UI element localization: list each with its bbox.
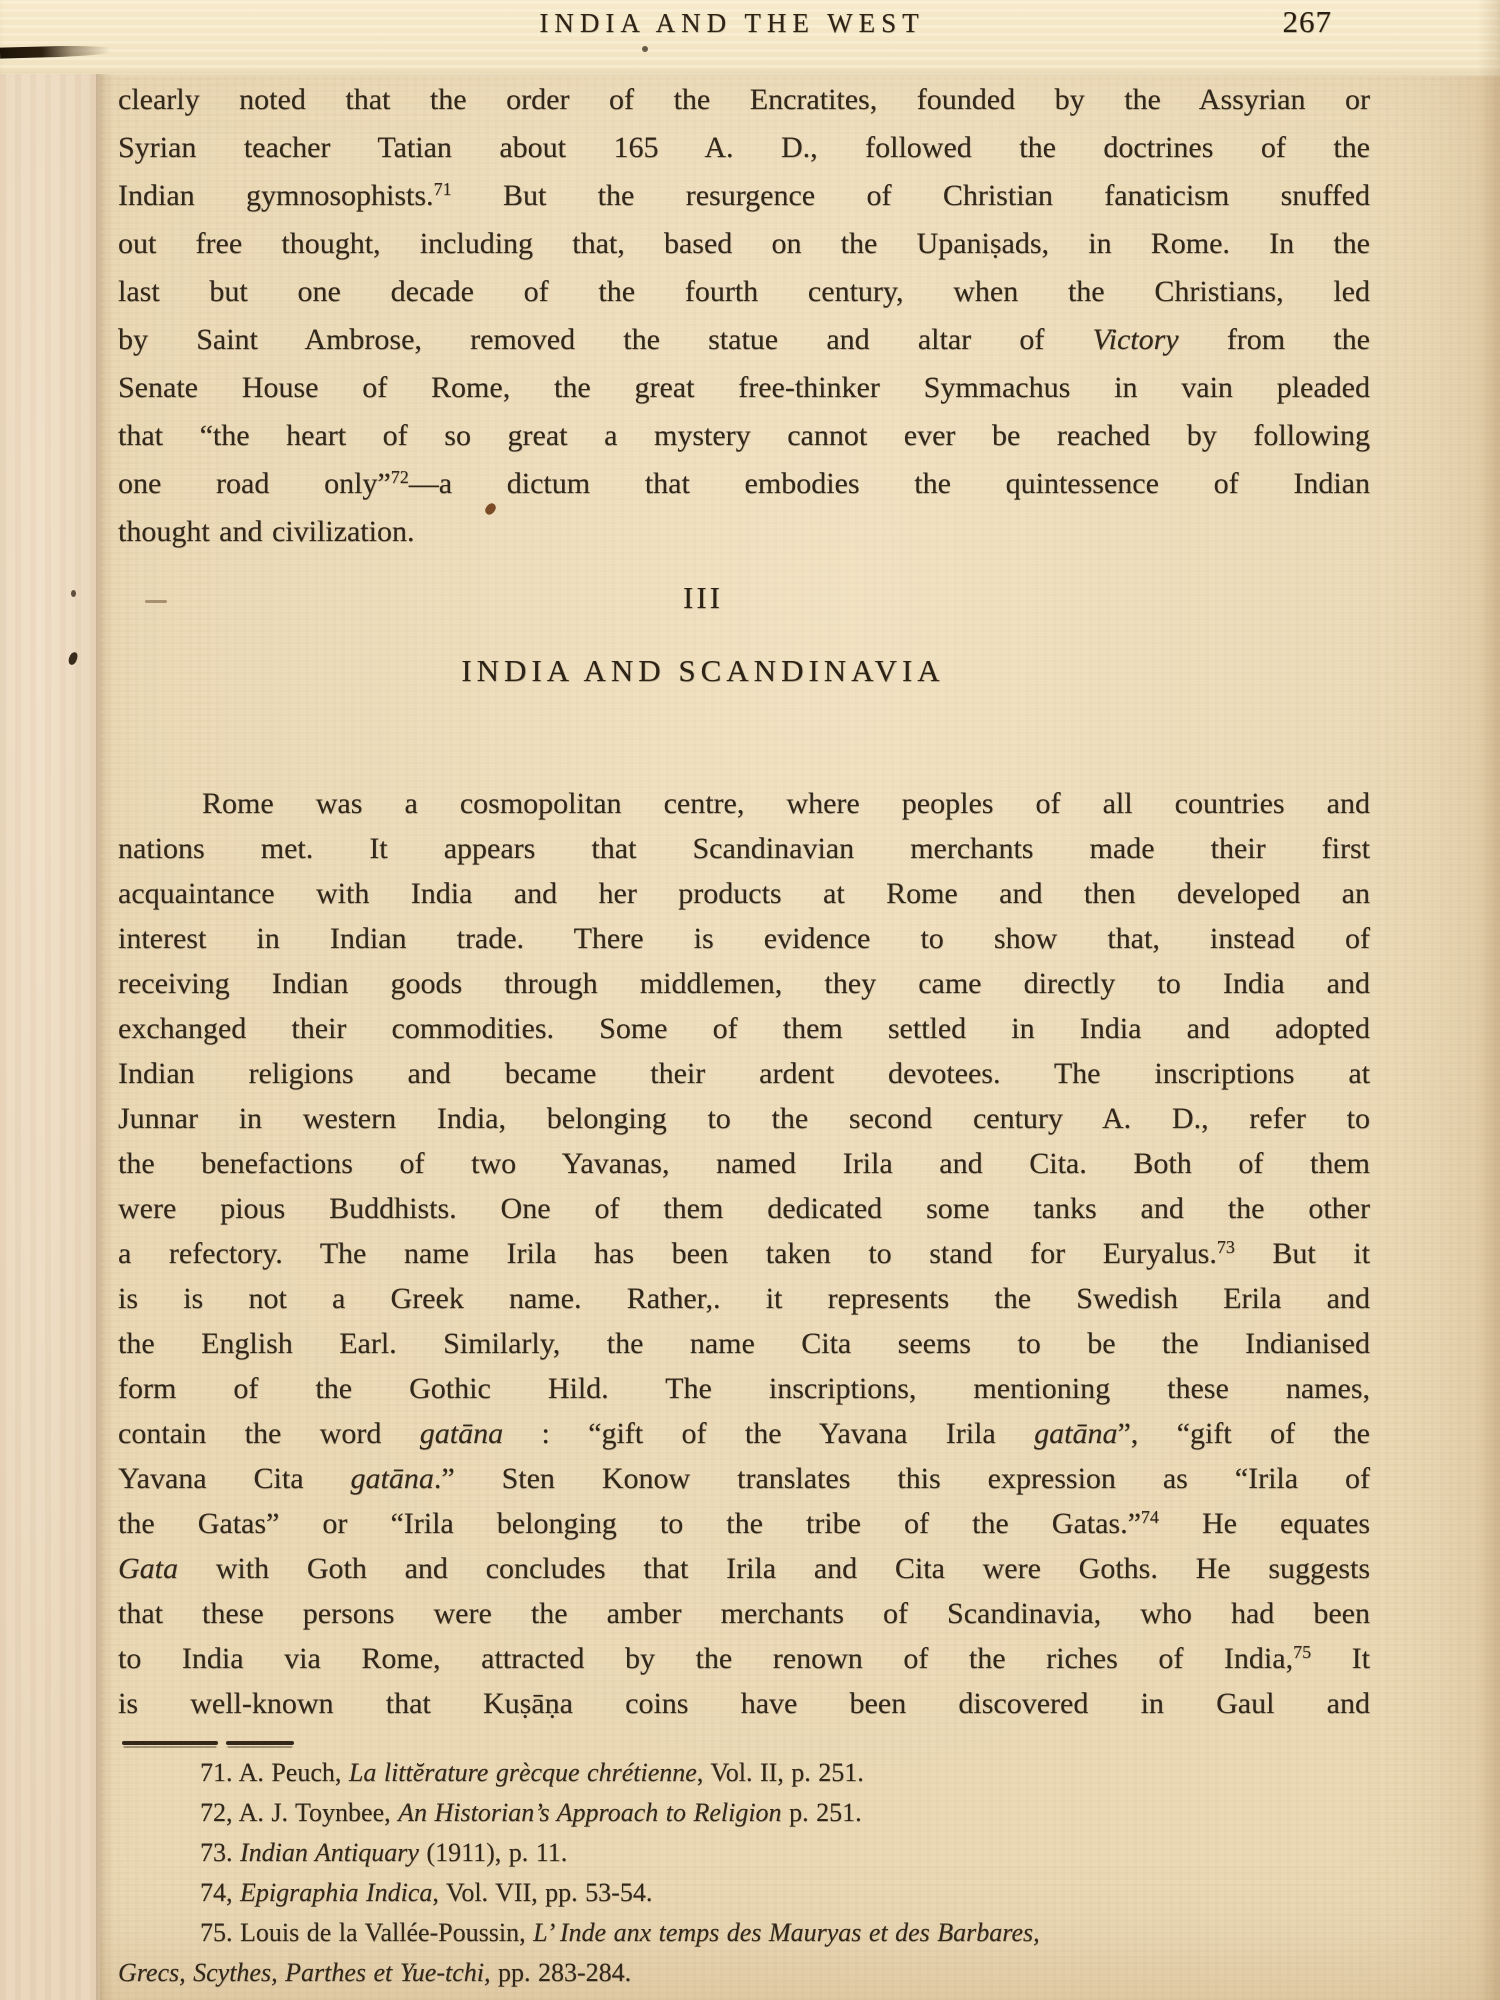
text-segment: 74, [200,1878,240,1907]
text-segment: the benefactions of two Yavanas, named I… [118,1147,1370,1180]
section-numeral: III [118,580,1288,616]
text-segment: to India via Rome, attracted by the reno… [118,1642,1293,1675]
text-line: to India via Rome, attracted by the reno… [118,1636,1370,1681]
paragraph: clearly noted that the order of the Encr… [118,76,1370,556]
ink-speck [71,590,76,597]
text-line: Grecs, Scythes, Parthes et Yue-tchi, pp.… [118,1953,1370,1993]
text-line: that “the heart of so great a mystery ca… [118,412,1370,460]
text-segment: (1911), p. 11. [419,1838,567,1867]
text-line: acquaintance with India and her products… [118,871,1370,916]
text-segment: Gata [118,1552,178,1585]
text-segment: But the resurgence of Christian fanatici… [452,179,1370,212]
text-segment: is is not a Greek name. Rather,. it repr… [118,1282,1370,1315]
text-segment: the Gatas” or “Irila belonging to the tr… [118,1507,1141,1540]
section-heading: INDIA AND SCANDINAVIA [118,653,1288,689]
text-line: is is not a Greek name. Rather,. it repr… [118,1276,1370,1321]
text-segment: with Goth and concludes that Irila and C… [178,1552,1370,1585]
text-segment: were pious Buddhists. One of them dedica… [118,1192,1370,1225]
text-segment: , Vol. VII, pp. 53-54. [432,1878,652,1907]
text-segment: An Historian’s Approach to Religion [398,1798,781,1827]
scan-artifact-left-band [0,74,100,2000]
text-segment: But it [1235,1237,1370,1270]
text-line: 75. Louis de la Vallée-Poussin, L’ Inde … [118,1913,1370,1953]
footnote-reference: 74 [1141,1507,1159,1527]
text-segment: thought and civilization. [118,515,414,548]
text-line: contain the word gatāna : “gift of the Y… [118,1411,1370,1456]
text-line: that these persons were the amber mercha… [118,1591,1370,1636]
text-segment: is well-known that Kuṣāṇa coins have bee… [118,1687,1370,1720]
text-segment: last but one decade of the fourth centur… [118,275,1370,308]
text-segment: Grecs, Scythes, Parthes et Yue-tchi, [118,1958,491,1987]
text-line: Yavana Cita gatāna.” Sten Konow translat… [118,1456,1370,1501]
text-segment: p. 251. [782,1798,862,1827]
running-header-title: INDIA AND THE WEST [0,8,1464,39]
text-line: a refectory. The name Irila has been tak… [118,1231,1370,1276]
footnotes: 71. A. Peuch, La littĕrature grècque chr… [118,1753,1370,1993]
text-line: by Saint Ambrose, removed the statue and… [118,316,1370,364]
footnote-rule-segment [226,1741,294,1745]
text-segment: clearly noted that the order of the Encr… [118,83,1370,116]
text-segment: pp. 283-284. [491,1958,632,1987]
text-segment: .” Sten Konow translates this expression… [434,1462,1370,1495]
text-line: 71. A. Peuch, La littĕrature grècque chr… [118,1753,1370,1793]
text-segment: the English Earl. Similarly, the name Ci… [118,1327,1370,1360]
text-segment: interest in Indian trade. There is evide… [118,922,1370,955]
text-line: the Gatas” or “Irila belonging to the tr… [118,1501,1370,1546]
text-segment: ”, “gift of the [1117,1417,1370,1450]
text-line: last but one decade of the fourth centur… [118,268,1370,316]
text-line: Syrian teacher Tatian about 165 A. D., f… [118,124,1370,172]
page-edge-shadow [96,74,114,2000]
text-segment: Indian gymnosophists. [118,179,434,212]
text-line: Rome was a cosmopolitan centre, where pe… [118,781,1370,826]
text-segment: 75. Louis de la Vallée-Poussin, [200,1918,533,1947]
paragraph: Rome was a cosmopolitan centre, where pe… [118,781,1370,1726]
text-segment: Indian Antiquary [240,1838,419,1867]
text-segment: Epigraphia Indica [240,1878,432,1907]
text-line: form of the Gothic Hild. The inscription… [118,1366,1370,1411]
text-segment: L’ Inde anx temps des Mauryas et des Bar… [533,1918,1040,1947]
footnote-reference: 72 [391,467,409,487]
text-segment: contain the word [118,1417,420,1450]
text-segment: gatāna [420,1417,503,1450]
text-line: receiving Indian goods through middlemen… [118,961,1370,1006]
text-line: Senate House of Rome, the great free-thi… [118,364,1370,412]
footnote-reference: 75 [1293,1642,1311,1662]
text-segment: Junnar in western India, belonging to th… [118,1102,1370,1135]
text-segment: out free thought, including that, based … [118,227,1370,260]
text-line: out free thought, including that, based … [118,220,1370,268]
footnote-reference: 71 [434,179,452,199]
text-line: clearly noted that the order of the Encr… [118,76,1370,124]
text-segment: exchanged their commodities. Some of the… [118,1012,1370,1045]
text-segment: 72, A. J. Toynbee, [200,1798,398,1827]
text-segment: Victory [1093,323,1179,356]
text-segment: La littĕrature grècque chrétienne [349,1758,697,1787]
text-line: Indian gymnosophists.71 But the resurgen… [118,172,1370,220]
text-segment: gatāna [1034,1417,1117,1450]
text-segment: Yavana Cita [118,1462,350,1495]
text-line: exchanged their commodities. Some of the… [118,1006,1370,1051]
text-segment: nations met. It appears that Scandinavia… [118,832,1370,865]
text-line: Indian religions and became their ardent… [118,1051,1370,1096]
text-segment: receiving Indian goods through middlemen… [118,967,1370,1000]
text-line: 74, Epigraphia Indica, Vol. VII, pp. 53-… [118,1873,1370,1913]
text-segment: that these persons were the amber mercha… [118,1597,1370,1630]
text-segment: : “gift of the Yavana Irila [503,1417,1034,1450]
text-segment: from the [1179,323,1370,356]
text-line: the English Earl. Similarly, the name Ci… [118,1321,1370,1366]
text-segment: It [1311,1642,1370,1675]
text-segment: Senate House of Rome, the great free-thi… [118,371,1370,404]
text-segment: acquaintance with India and her products… [118,877,1370,910]
text-line: the benefactions of two Yavanas, named I… [118,1141,1370,1186]
text-segment: , Vol. II, p. 251. [697,1758,864,1787]
text-segment: 73. [200,1838,240,1867]
text-line: nations met. It appears that Scandinavia… [118,826,1370,871]
text-segment: He equates [1159,1507,1370,1540]
text-segment: Syrian teacher Tatian about 165 A. D., f… [118,131,1370,164]
text-segment: Rome was a cosmopolitan centre, where pe… [202,787,1370,820]
page-number: 267 [1283,4,1333,40]
text-line: thought and civilization. [118,508,1370,556]
text-line: 72, A. J. Toynbee, An Historian’s Approa… [118,1793,1370,1833]
text-line: one road only”72—a dictum that embodies … [118,460,1370,508]
text-segment: one road only” [118,467,391,500]
text-segment: Indian religions and became their ardent… [118,1057,1370,1090]
text-segment: gatāna [350,1462,433,1495]
text-line: is well-known that Kuṣāṇa coins have bee… [118,1681,1370,1726]
footnote-rule-segment [122,1741,218,1745]
footnote-rule [122,1741,294,1747]
text-segment: —a dictum that embodies the quintessence… [409,467,1370,500]
text-segment: by Saint Ambrose, removed the statue and… [118,323,1093,356]
text-segment: form of the Gothic Hild. The inscription… [118,1372,1370,1405]
text-line: were pious Buddhists. One of them dedica… [118,1186,1370,1231]
text-segment: 71. A. Peuch, [200,1758,349,1787]
text-line: Gata with Goth and concludes that Irila … [118,1546,1370,1591]
scan-artifact-right-shade [1478,0,1500,2000]
footnote-reference: 73 [1217,1237,1235,1257]
text-segment: a refectory. The name Irila has been tak… [118,1237,1217,1270]
text-line: 73. Indian Antiquary (1911), p. 11. [118,1833,1370,1873]
text-line: Junnar in western India, belonging to th… [118,1096,1370,1141]
text-line: interest in Indian trade. There is evide… [118,916,1370,961]
text-segment: that “the heart of so great a mystery ca… [118,419,1370,452]
ink-speck [642,46,648,52]
scanned-book-page: INDIA AND THE WEST 267 clearly noted tha… [0,0,1500,2000]
